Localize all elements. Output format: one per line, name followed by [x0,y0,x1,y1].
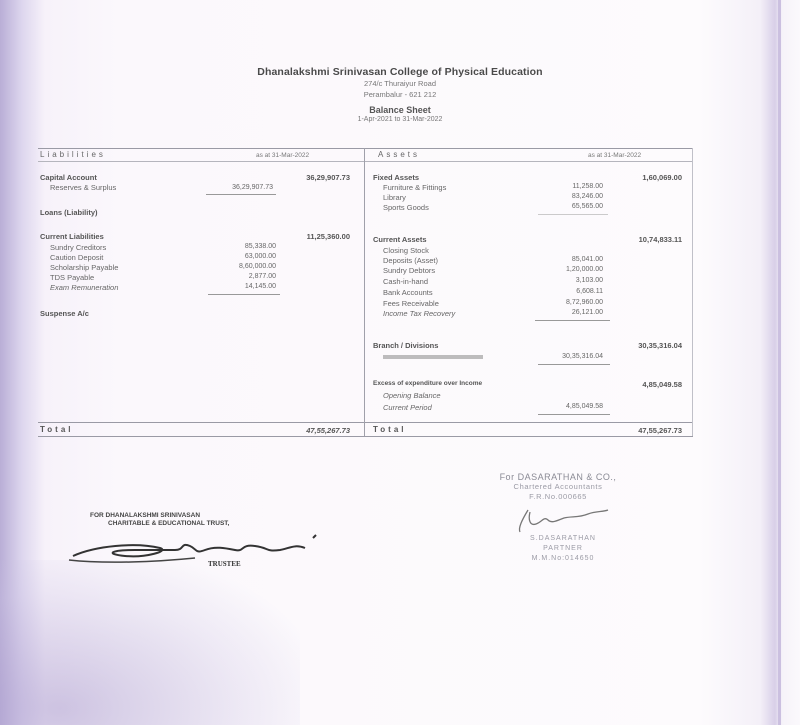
current-assets-label: Current Assets [373,235,427,244]
document-title: Balance Sheet [0,105,800,115]
auditor-signature-block: For DASARATHAN & CO., Chartered Accounta… [438,472,678,502]
address-line-1: 274/c Thuraiyur Road [0,79,800,89]
trust-line-1: FOR DHANALAKSHMI SRINIVASAN [90,512,350,519]
excess-expenditure-label: Excess of expenditure over Income [373,380,482,387]
report-period: 1-Apr-2021 to 31-Mar-2022 [0,116,800,123]
partner-title: PARTNER [498,544,628,554]
assets-date: as at 31-Mar-2022 [588,152,641,159]
organization-name: Dhanalakshmi Srinivasan College of Physi… [0,66,800,78]
scholarship-payable-amount: 8,60,000.00 [196,263,276,270]
assets-heading: Assets [378,150,420,159]
current-liabilities-label: Current Liabilities [40,232,104,241]
tds-payable-label: TDS Payable [40,273,94,282]
trust-line-2: CHARITABLE & EDUCATIONAL TRUST, [90,520,350,527]
fixed-assets-total: 1,60,069.00 [602,173,682,182]
excess-expenditure-total: 4,85,049.58 [602,380,682,389]
bank-accounts-amount: 6,608.11 [523,288,603,295]
branch-divisions-total: 30,35,316.04 [602,341,682,350]
liabilities-date: as at 31-Mar-2022 [256,152,309,159]
library-label: Library [373,193,406,202]
redacted-branch-name [383,355,483,359]
subtotal-rule [206,194,276,195]
deposits-amount: 85,041.00 [523,256,603,263]
closing-stock-label: Closing Stock [373,246,429,255]
reserves-surplus-amount: 36,29,907.73 [193,184,273,191]
auditor-designation: Chartered Accountants [438,482,678,492]
assets-total-label: Total [373,425,407,434]
sundry-debtors-label: Sundry Debtors [373,266,435,275]
sundry-creditors-amount: 85,338.00 [196,243,276,250]
furniture-fittings-amount: 11,258.00 [523,183,603,190]
bank-accounts-label: Bank Accounts [373,288,433,297]
cash-in-hand-label: Cash-in-hand [373,277,428,286]
deposits-label: Deposits (Asset) [373,256,438,265]
auditor-firm: For DASARATHAN & CO., [438,472,678,482]
current-period-label: Current Period [373,403,432,412]
current-liabilities-total: 11,25,360.00 [270,232,350,241]
subtotal-rule [538,364,610,365]
document-header: Dhanalakshmi Srinivasan College of Physi… [0,66,800,123]
fixed-assets-label: Fixed Assets [373,173,419,182]
subtotal-rule [538,414,610,415]
sports-goods-amount: 65,565.00 [523,203,603,210]
liabilities-total: 47,55,267.73 [270,426,350,435]
scan-shadow [0,560,300,725]
liabilities-total-label: Total [40,425,74,434]
exam-remuneration-label: Exam Remuneration [40,283,118,292]
caution-deposit-amount: 63,000.00 [196,253,276,260]
current-period-amount: 4,85,049.58 [523,403,603,410]
furniture-fittings-label: Furniture & Fittings [373,183,446,192]
sundry-debtors-amount: 1,20,000.00 [523,266,603,273]
auditor-signature-icon [508,506,618,536]
tds-payable-amount: 2,877.00 [196,273,276,280]
capital-account-label: Capital Account [40,173,97,182]
address-line-2: Perambalur - 621 212 [0,90,800,100]
loans-label: Loans (Liability) [40,208,98,217]
branch-amount: 30,35,316.04 [523,353,603,360]
scholarship-payable-label: Scholarship Payable [40,263,118,272]
opening-balance-label: Opening Balance [373,391,441,400]
caution-deposit-label: Caution Deposit [40,253,103,262]
subtotal-rule [208,294,280,295]
reserves-surplus-label: Reserves & Surplus [40,183,116,192]
subtotal-rule [535,320,610,321]
branch-divisions-label: Branch / Divisions [373,341,438,350]
current-assets-total: 10,74,833.11 [602,235,682,244]
header-rule [38,161,693,162]
sports-goods-label: Sports Goods [373,203,429,212]
suspense-label: Suspense A/c [40,309,89,318]
income-tax-recovery-amount: 26,121.00 [523,309,603,316]
trust-signature-block: FOR DHANALAKSHMI SRINIVASAN CHARITABLE &… [90,512,350,527]
cash-in-hand-amount: 3,103.00 [523,277,603,284]
capital-account-total: 36,29,907.73 [270,173,350,182]
sundry-creditors-label: Sundry Creditors [40,243,106,252]
subtotal-rule [538,214,608,215]
assets-total: 47,55,267.73 [602,426,682,435]
total-bottom-rule [38,436,693,437]
auditor-frn: F.R.No.000665 [438,492,678,502]
right-border [692,148,693,436]
membership-number: M.M.No:014650 [498,554,628,564]
center-divider [364,148,365,436]
balance-sheet-table: Liabilities as at 31-Mar-2022 Assets as … [38,148,693,438]
library-amount: 83,246.00 [523,193,603,200]
liabilities-heading: Liabilities [40,150,106,159]
trustee-title: TRUSTEE [208,560,241,568]
exam-remuneration-amount: 14,145.00 [196,283,276,290]
total-top-rule [38,422,693,423]
income-tax-recovery-label: Income Tax Recovery [373,309,455,318]
table-top-rule [38,148,693,149]
fees-receivable-amount: 8,72,960.00 [523,299,603,306]
fees-receivable-label: Fees Receivable [373,299,439,308]
partner-name: S.DASARATHAN [498,534,628,544]
